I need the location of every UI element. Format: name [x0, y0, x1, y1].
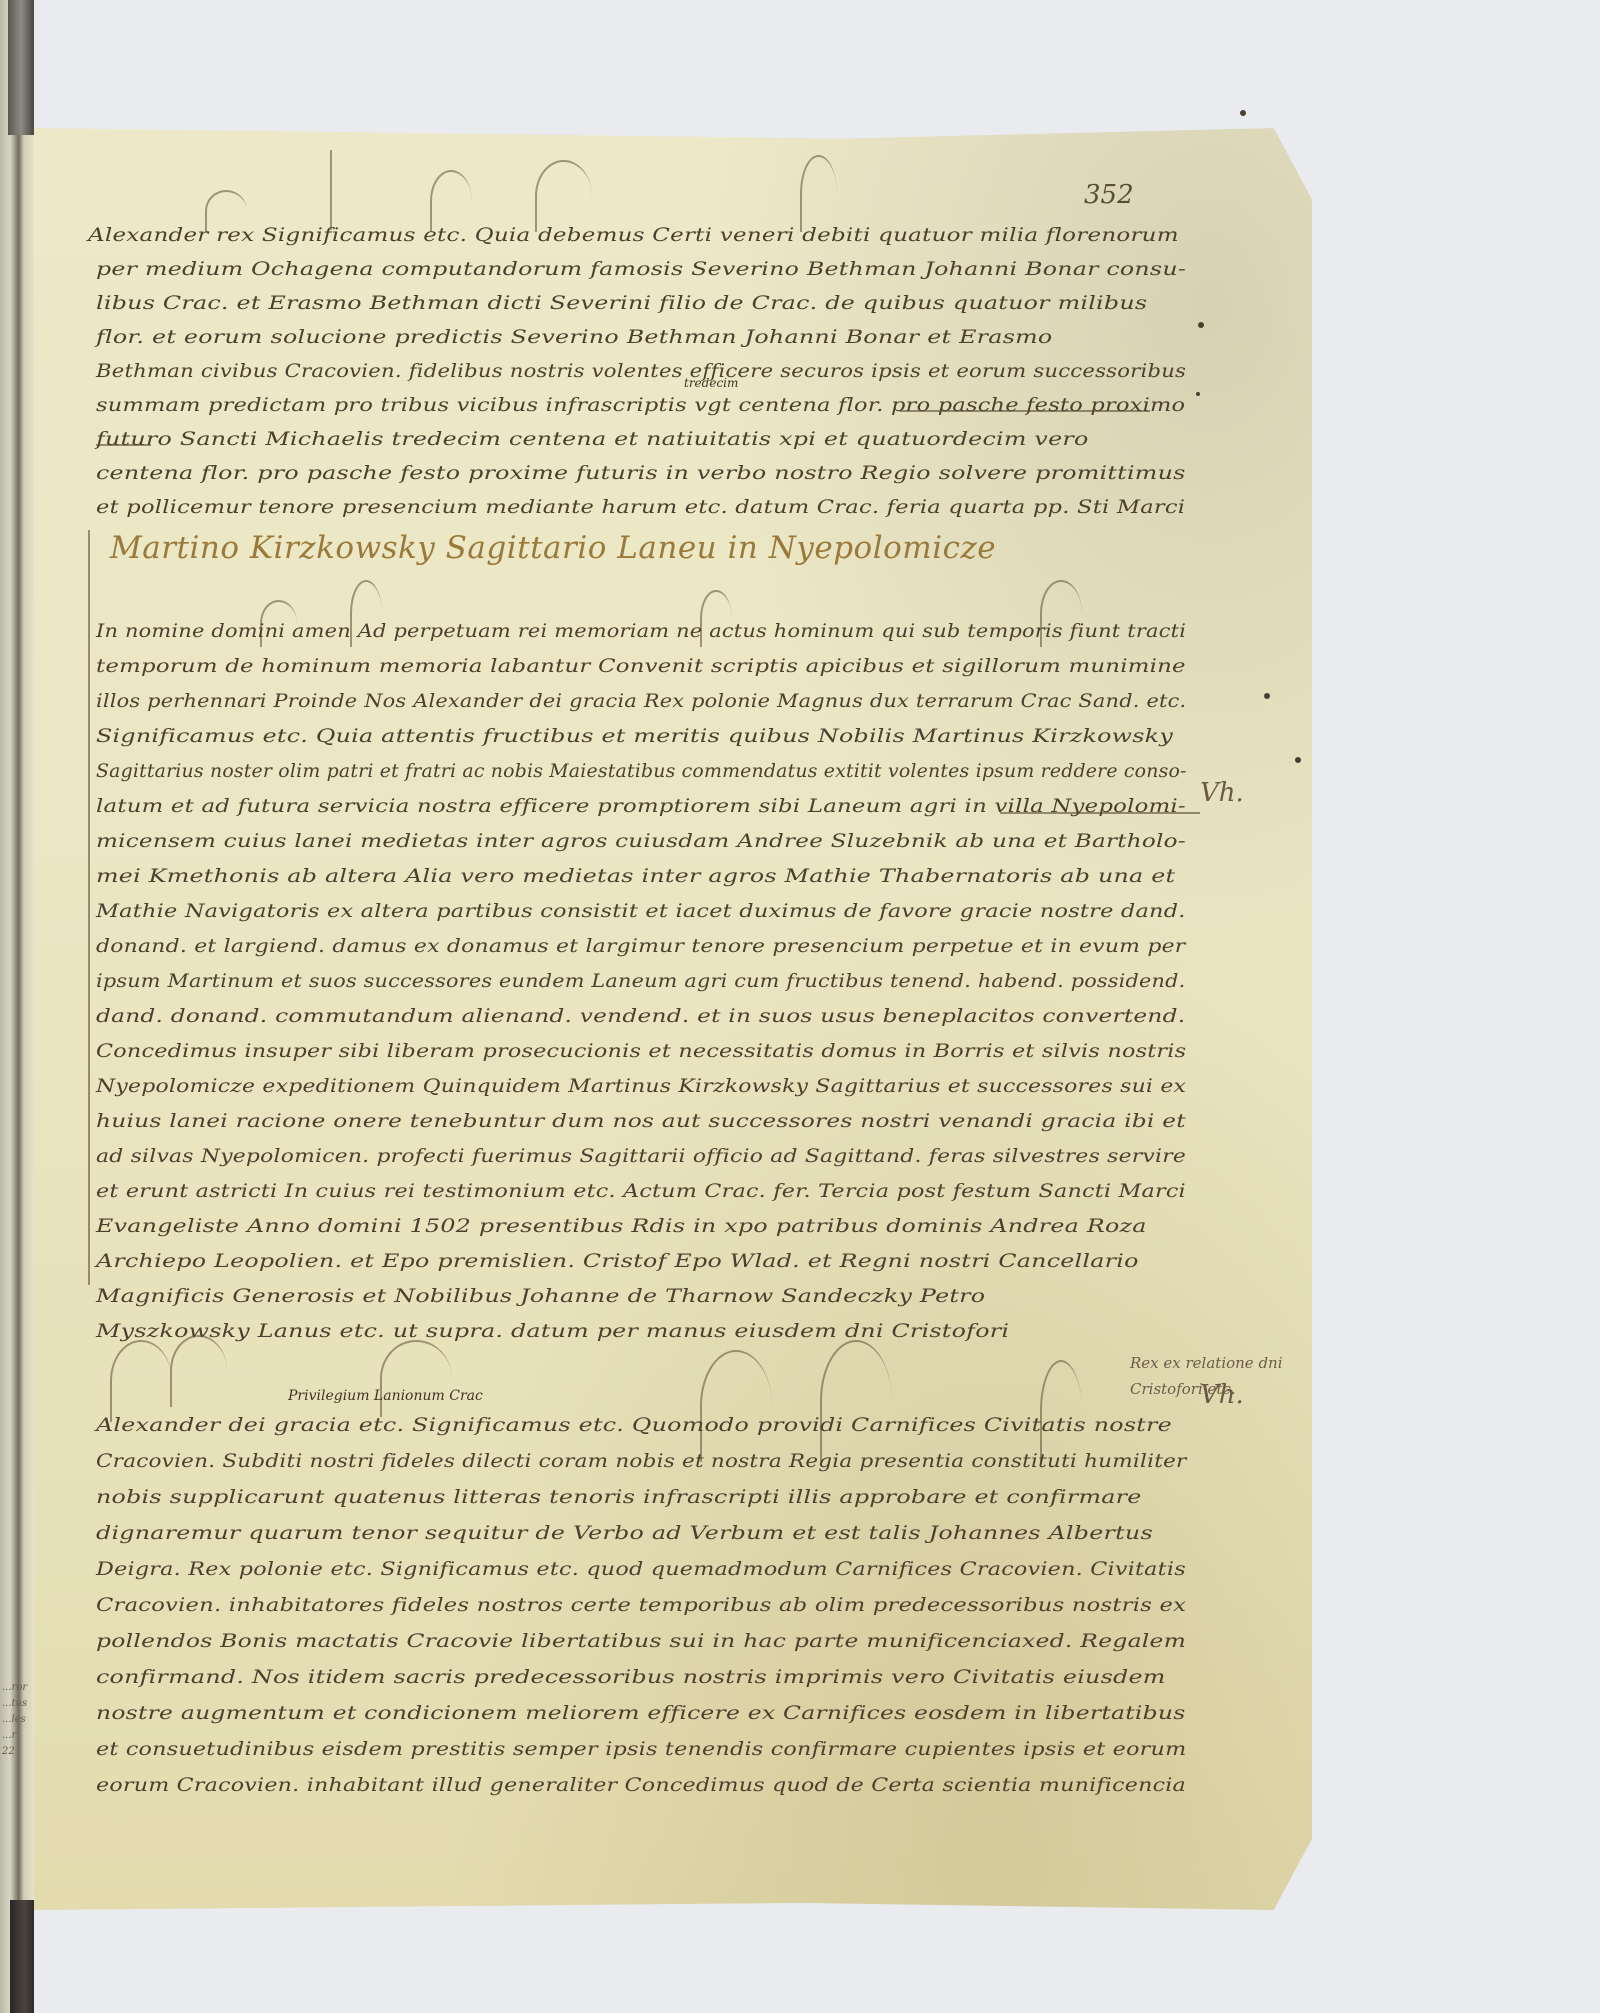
ascender-flourish — [800, 155, 837, 232]
text-line: In nomine domini amen Ad perpetuam rei m… — [96, 620, 1186, 642]
ascender-flourish — [380, 1340, 452, 1417]
text-line: futuro Sancti Michaelis tredecim centena… — [96, 428, 1089, 450]
ink-dot — [1295, 757, 1301, 763]
ascender-flourish — [1040, 1360, 1082, 1462]
text-line: mei Kmethonis ab altera Alia vero mediet… — [96, 865, 1175, 887]
ink-dot — [1240, 110, 1246, 116]
ascender-flourish — [700, 1350, 772, 1462]
text-line: et pollicemur tenore presencium mediante… — [96, 496, 1185, 518]
text-line: Cracovien. Subditi nostri fideles dilect… — [96, 1450, 1187, 1472]
text-line: Cracovien. inhabitatores fideles nostros… — [96, 1594, 1186, 1616]
marginal-mark-vh: Vh. — [1200, 1380, 1244, 1410]
binding-top-shadow — [8, 0, 34, 135]
text-line: nobis supplicarunt quatenus litteras ten… — [96, 1486, 1142, 1508]
text-line: Mathie Navigatoris ex altera partibus co… — [96, 900, 1186, 922]
text-line: dignaremur quarum tenor sequitur de Verb… — [96, 1522, 1153, 1544]
text-line: et erunt astricti In cuius rei testimoni… — [96, 1180, 1186, 1202]
text-line: Concedimus insuper sibi liberam prosecuc… — [96, 1040, 1186, 1062]
interlinear-insertion: tredecim — [684, 376, 738, 390]
text-line: Nyepolomicze expeditionem Quinquidem Mar… — [96, 1075, 1186, 1097]
text-line: Alexander rex Significamus etc. Quia deb… — [88, 224, 1179, 246]
entry-heading: Martino Kirzkowsky Sagittario Laneu in N… — [110, 530, 996, 566]
text-line: centena flor. pro pasche festo proxime f… — [96, 462, 1186, 484]
text-line: pollendos Bonis mactatis Cracovie libert… — [96, 1630, 1186, 1652]
text-line: Evangeliste Anno domini 1502 presentibus… — [96, 1215, 1147, 1237]
text-line: Significamus etc. Quia attentis fructibu… — [96, 725, 1173, 747]
text-line: Sagittarius noster olim patri et fratri … — [96, 760, 1187, 782]
text-line: et consuetudinibus eisdem prestitis semp… — [96, 1738, 1186, 1760]
text-line: temporum de hominum memoria labantur Con… — [96, 655, 1186, 677]
text-line: Alexander dei gracia etc. Significamus e… — [96, 1414, 1172, 1436]
margin-note: ...r 22 — [2, 1728, 32, 1760]
ink-dot — [1264, 693, 1270, 699]
ink-dot — [1196, 392, 1200, 396]
ascender-flourish — [535, 160, 592, 232]
entry-subheading: Privilegium Lanionum Crac — [288, 1388, 483, 1404]
text-line: Deigra. Rex polonie etc. Significamus et… — [96, 1558, 1186, 1580]
text-line: illos perhennari Proinde Nos Alexander d… — [96, 690, 1186, 712]
text-line: flor. et eorum solucione predictis Sever… — [96, 326, 1052, 348]
text-line: confirmand. Nos itidem sacris predecesso… — [96, 1666, 1166, 1688]
text-line: ad silvas Nyepolomicen. profecti fuerimu… — [96, 1145, 1186, 1167]
text-line: Archiepo Leopolien. et Epo premislien. C… — [96, 1250, 1139, 1272]
margin-note: ...les — [2, 1712, 32, 1728]
text-line: dand. donand. commutandum alienand. vend… — [96, 1005, 1185, 1027]
text-line: micensem cuius lanei medietas inter agro… — [96, 830, 1186, 852]
text-line: summam predictam pro tribus vicibus infr… — [96, 394, 1185, 416]
margin-note: ...tus — [2, 1696, 32, 1712]
marginal-mark-vh: Vh. — [1200, 778, 1244, 808]
signature-line: Rex ex relatione dni — [1130, 1350, 1283, 1376]
ascender-flourish — [330, 150, 342, 230]
text-line: libus Crac. et Erasmo Bethman dicti Seve… — [96, 292, 1147, 314]
underline-mark — [1000, 812, 1200, 814]
text-line: eorum Cracovien. inhabitant illud genera… — [96, 1774, 1186, 1796]
left-margin-notes: ...ror ...tus ...les ...r 22 — [2, 1680, 32, 1760]
text-line: Myszkowsky Lanus etc. ut supra. datum pe… — [96, 1320, 1009, 1342]
text-line: donand. et largiend. damus ex donamus et… — [96, 935, 1185, 957]
text-line: Bethman civibus Cracovien. fidelibus nos… — [96, 360, 1186, 382]
text-line: ipsum Martinum et suos successores eunde… — [96, 970, 1185, 992]
ascender-flourish — [170, 1335, 227, 1407]
ascender-flourish — [110, 1340, 172, 1422]
text-line: Magnificis Generosis et Nobilibus Johann… — [96, 1285, 985, 1307]
margin-note: ...ror — [2, 1680, 32, 1696]
text-line: huius lanei racione onere tenebuntur dum… — [96, 1110, 1186, 1132]
paragraph-bracket — [88, 530, 90, 1285]
ascender-flourish — [430, 170, 472, 232]
ink-dot — [1198, 322, 1204, 328]
strike-through-mark — [900, 410, 1150, 412]
ascender-flourish — [820, 1340, 892, 1462]
strike-through-mark — [96, 444, 151, 446]
text-line: per medium Ochagena computandorum famosi… — [96, 258, 1186, 280]
text-line: nostre augmentum et condicionem meliorem… — [96, 1702, 1185, 1724]
binding-lower-spine — [10, 1900, 34, 2013]
folio-number: 352 — [1084, 180, 1134, 210]
